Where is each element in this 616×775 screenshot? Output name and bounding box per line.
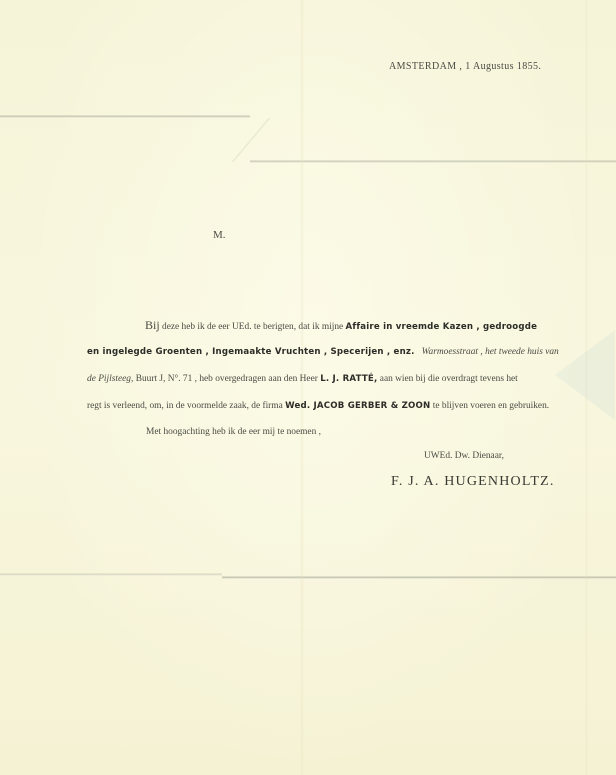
street-name: de Pijlsteeg	[87, 374, 131, 384]
body-text: deze heb ik de eer UEd. te berigten, dat…	[160, 322, 346, 332]
body-text: , Buurt J, N°. 71 , heb overgedragen aan…	[131, 374, 320, 384]
initial-word: Bij	[145, 318, 160, 332]
fold-line-lower-right	[222, 576, 616, 579]
body-text: regt is verleend, om, in de voormelde za…	[87, 401, 285, 411]
address: Warmoesstraat , het tweede huis van	[422, 347, 559, 357]
fold-line-lower-left	[0, 573, 222, 576]
fold-line-upper-right	[250, 160, 616, 163]
letter-page: AMSTERDAM , 1 Augustus 1855. M. Bij deze…	[0, 0, 616, 775]
fold-line-vertical	[300, 0, 304, 775]
body-line-3: de Pijlsteeg, Buurt J, N°. 71 , heb over…	[87, 374, 518, 384]
fold-crease-diagonal	[232, 118, 271, 162]
paper-stain	[555, 330, 615, 420]
body-line-4: regt is verleend, om, in de voormelde za…	[87, 401, 549, 411]
business-goods: en ingelegde Groenten , Ingemaakte Vruch…	[87, 347, 415, 357]
successor-name: L. J. RATTÉ,	[320, 374, 377, 384]
closing: UWEd. Dw. Dienaar,	[424, 451, 504, 461]
body-text: aan wien bij die overdragt tevens het	[377, 374, 517, 384]
signature: F. J. A. HUGENHOLTZ.	[391, 474, 555, 490]
dateline: AMSTERDAM , 1 Augustus 1855.	[389, 61, 541, 72]
body-line-1: Bij deze heb ik de eer UEd. te berigten,…	[145, 318, 537, 333]
body-text: te blijven voeren en gebruiken.	[430, 401, 549, 411]
body-line-5: Met hoogachting heb ik de eer mij te noe…	[146, 427, 321, 437]
body-line-2: en ingelegde Groenten , Ingemaakte Vruch…	[87, 347, 559, 357]
firm-name: Wed. JACOB GERBER & ZOON	[285, 401, 430, 411]
business-description: Affaire in vreemde Kazen , gedroogde	[346, 322, 538, 332]
fold-line-upper-left	[0, 115, 250, 118]
salutation: M.	[213, 229, 226, 241]
